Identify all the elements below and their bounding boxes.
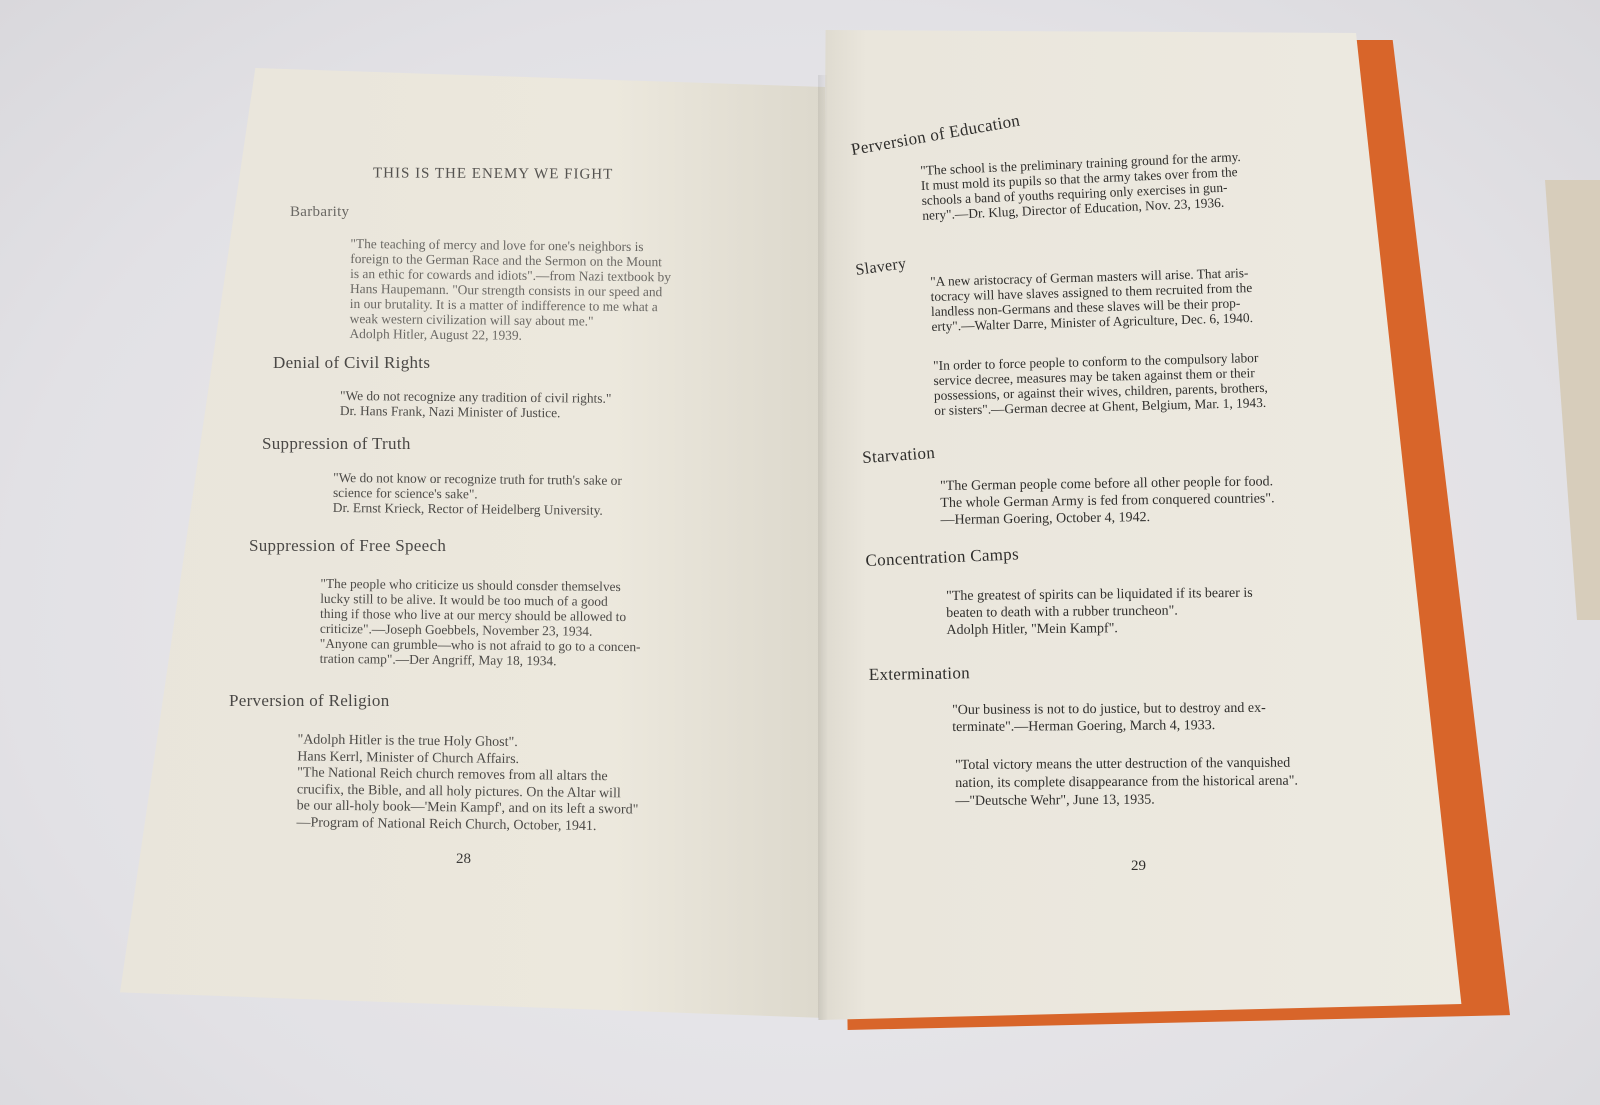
page-number-right: 29 (1131, 858, 1146, 875)
quote-civil-rights: "We do not recognize any tradition of ci… (340, 388, 730, 422)
quote-free-speech: "The people who criticize us should cons… (320, 576, 731, 670)
page-title: THIS IS THE ENEMY WE FIGHT (373, 165, 613, 183)
quote-slavery-1: "A new aristocracy of German masters wil… (930, 263, 1332, 334)
quote-concentration-camps: "The greatest of spirits can be liquidat… (946, 584, 1357, 639)
section-heading-barbarity: Barbarity (290, 204, 349, 221)
section-heading-religion: Perversion of Religion (229, 691, 390, 711)
quote-truth: "We do not know or recognize truth for t… (333, 470, 733, 519)
quote-religion: "Adolph Hitler is the true Holy Ghost". … (296, 732, 727, 836)
quote-extermination-1: "Our business is not to do justice, but … (952, 699, 1367, 736)
page-gutter (818, 75, 828, 1020)
quote-slavery-2: "In order to force people to conform to … (933, 348, 1339, 418)
section-heading-extermination: Extermination (869, 663, 970, 685)
quote-starvation: "The German people come before all other… (940, 472, 1346, 529)
section-heading-truth: Suppression of Truth (262, 434, 411, 454)
quote-barbarity: "The teaching of mercy and love for one'… (349, 236, 735, 345)
page-number-left: 28 (456, 851, 471, 868)
section-heading-free-speech: Suppression of Free Speech (249, 536, 446, 556)
quote-extermination-2: "Total victory means the utter destructi… (955, 754, 1375, 811)
section-heading-civil-rights: Denial of Civil Rights (273, 353, 430, 373)
